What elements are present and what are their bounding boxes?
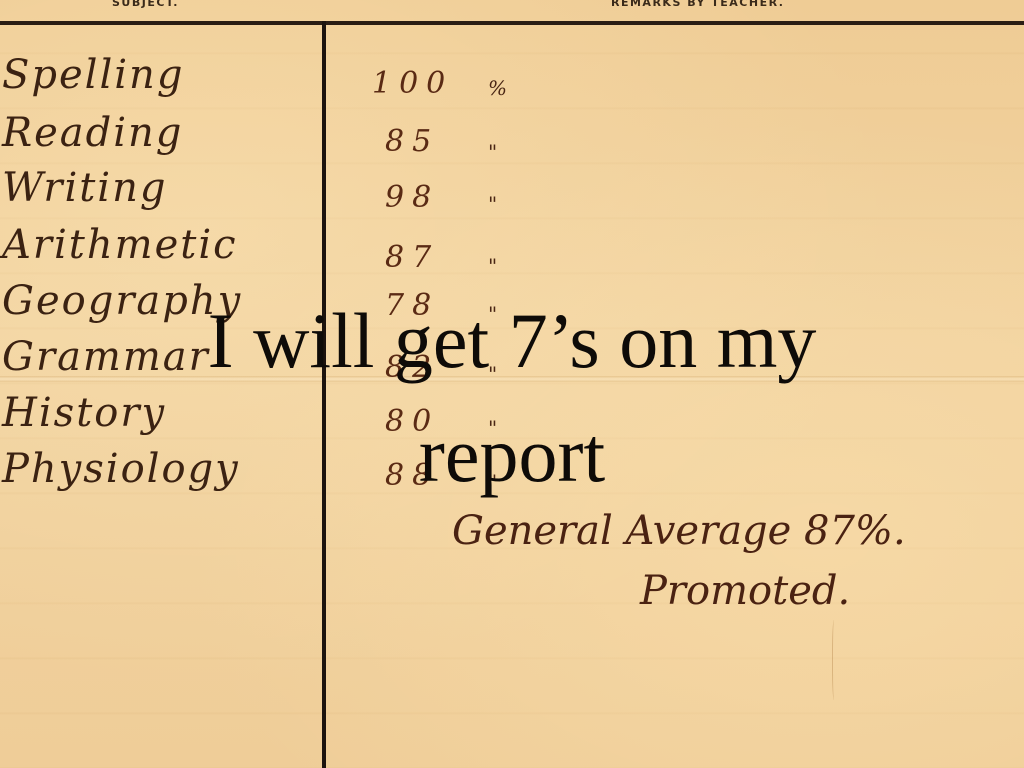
grade-mark: " [488, 140, 497, 164]
subject-name: Spelling [2, 52, 184, 98]
grade-mark: % [488, 76, 507, 100]
grade-value: 85 [385, 124, 439, 159]
subject-name: Arithmetic [2, 222, 238, 268]
promoted-remark: Promoted. [640, 568, 850, 614]
grade-value: 98 [385, 180, 439, 215]
grade-mark: " [488, 192, 497, 216]
overlay-line-2: report [0, 398, 1024, 512]
subject-column-header: SUBJECT. [112, 0, 179, 9]
grade-mark: " [488, 254, 497, 278]
grade-value: 87 [385, 240, 439, 275]
header-rule [0, 21, 1024, 25]
paper-crease [832, 620, 837, 700]
remarks-column-header: REMARKS BY TEACHER. [611, 0, 784, 9]
grade-value: 100 [372, 66, 453, 101]
subject-name: Reading [2, 110, 183, 156]
motivational-overlay: I will get 7’s on my report [0, 284, 1024, 512]
subject-name: Writing [2, 165, 167, 211]
overlay-line-1: I will get 7’s on my [0, 284, 1024, 398]
general-average-remark: General Average 87%. [452, 508, 906, 554]
